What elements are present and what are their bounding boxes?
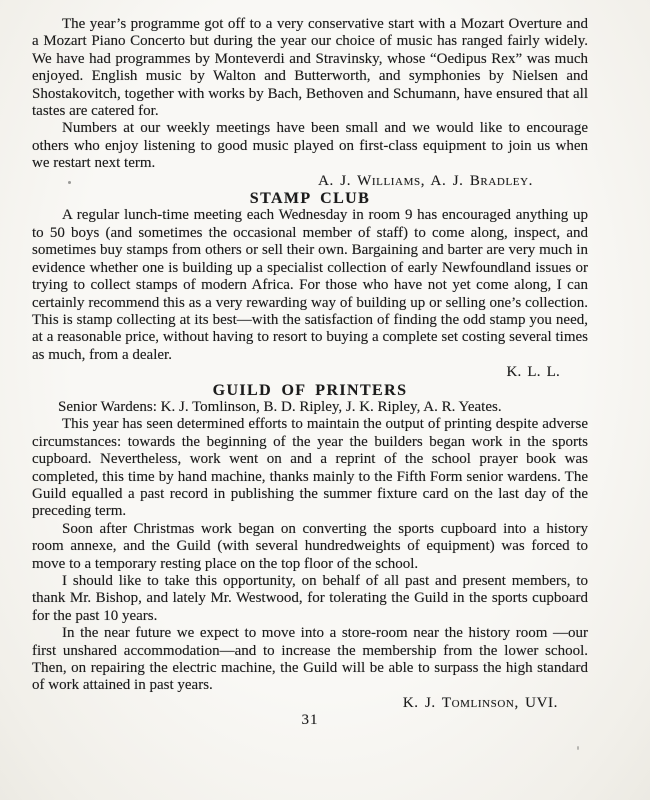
guild-paragraph-3: I should like to take this opportunity, … bbox=[32, 573, 588, 625]
scanned-page: The year’s programme got off to a very c… bbox=[0, 0, 650, 800]
scan-speck bbox=[577, 746, 579, 750]
guild-signature: K. J. Tomlinson, UVI. bbox=[32, 695, 588, 712]
senior-wardens-line: Senior Wardens: K. J. Tomlinson, B. D. R… bbox=[32, 399, 588, 416]
stamp-club-signature: K. L. L. bbox=[32, 364, 588, 381]
guild-of-printers-heading: GUILD OF PRINTERS bbox=[32, 382, 588, 399]
music-society-paragraph-2: Numbers at our weekly meetings have been… bbox=[32, 120, 588, 172]
music-society-paragraph-1: The year’s programme got off to a very c… bbox=[32, 16, 588, 120]
guild-paragraph-1: This year has seen determined efforts to… bbox=[32, 416, 588, 520]
stamp-club-heading: STAMP CLUB bbox=[32, 190, 588, 207]
guild-paragraph-4: In the near future we expect to move int… bbox=[32, 625, 588, 695]
music-society-signature: A. J. Williams, A. J. Bradley. bbox=[32, 173, 588, 190]
stamp-club-paragraph: A regular lunch-time meeting each Wednes… bbox=[32, 207, 588, 364]
page-number: 31 bbox=[32, 712, 588, 729]
guild-paragraph-2: Soon after Christmas work began on conve… bbox=[32, 521, 588, 573]
scan-speck bbox=[68, 181, 71, 184]
